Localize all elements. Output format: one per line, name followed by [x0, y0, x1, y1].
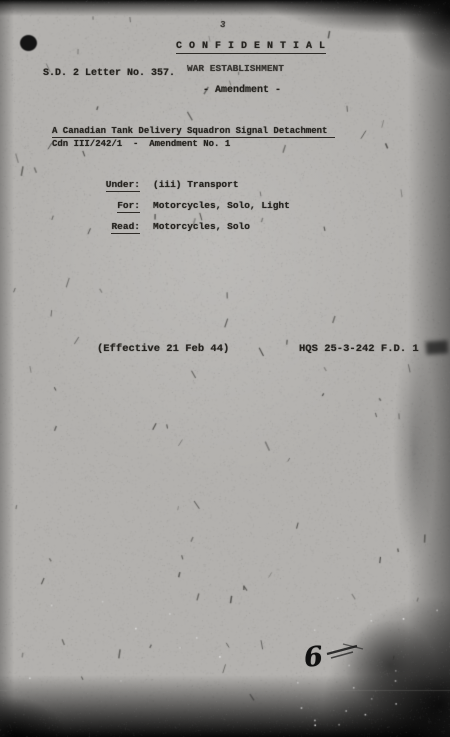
classification-heading: C O N F I D E N T I A L	[176, 41, 326, 54]
hole-punch-mark	[20, 35, 37, 51]
field-value-under: (iii) Transport	[153, 179, 239, 190]
field-label-for: For:	[95, 200, 140, 211]
page-number-bottom-handwritten: 6	[302, 641, 324, 674]
amendment-label: - Amendment -	[203, 85, 281, 96]
field-value-read: Motorcycles, Solo	[153, 221, 250, 232]
field-label-text: Under:	[106, 179, 140, 192]
typewritten-content: 3 C O N F I D E N T I A L S.D. 2 Letter …	[0, 0, 450, 737]
field-label-read: Read:	[95, 221, 140, 232]
field-label-text: For:	[117, 200, 140, 213]
page-number-top: 3	[219, 20, 226, 31]
file-reference: HQS 25-3-242 F.D. 1	[299, 343, 419, 355]
scanned-document-page: 3 C O N F I D E N T I A L S.D. 2 Letter …	[0, 0, 450, 737]
edge-smudge-mark	[426, 340, 449, 355]
letter-reference: S.D. 2 Letter No. 357.	[43, 68, 175, 79]
field-value-for: Motorcycles, Solo, Light	[153, 200, 290, 211]
field-label-text: Read:	[111, 221, 140, 234]
field-label-under: Under:	[95, 179, 140, 190]
war-establishment-heading: WAR ESTABLISHMENT	[187, 63, 284, 74]
effective-date: (Effective 21 Feb 44)	[97, 343, 229, 355]
document-title: A Canadian Tank Delivery Squadron Signal…	[52, 126, 335, 138]
pen-scribble-mark	[323, 640, 371, 662]
document-subtitle: Cdn III/242/1 - Amendment No. 1	[52, 139, 230, 149]
